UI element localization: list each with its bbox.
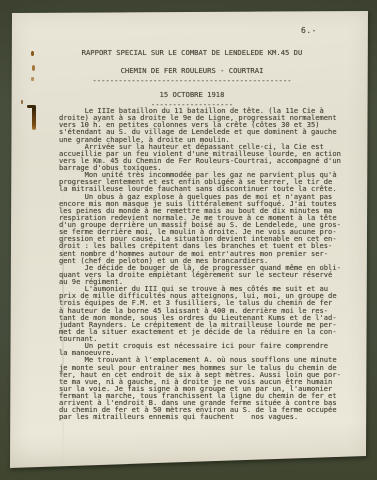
report-date: 15 OCTOBRE 1918 xyxy=(47,90,337,99)
title-underline: ----------------------------------------… xyxy=(47,76,337,85)
rust-stain xyxy=(31,77,34,81)
body-text: Le IIIe bataillon du 11 bataillon de têt… xyxy=(59,107,359,421)
rust-stain xyxy=(32,65,35,71)
report-header: RAPPORT SPECIAL SUR LE COMBAT DE LENDELE… xyxy=(47,48,337,109)
rust-stain xyxy=(21,100,23,104)
page-number: 6.- xyxy=(301,26,317,35)
report-title-line2: CHEMIN DE FER ROULEURS - COURTRAI xyxy=(47,66,337,75)
body-line: par les mitrailleurs ennemis qui fauchen… xyxy=(59,413,359,420)
scanned-report-page: { "colors": { "background": "#454b3a", "… xyxy=(0,0,377,480)
report-title-line1: RAPPORT SPECIAL SUR LE COMBAT DE LENDELE… xyxy=(47,48,337,57)
rust-streak xyxy=(32,106,36,130)
rust-streak-hook xyxy=(27,105,36,108)
rust-stain xyxy=(31,51,34,56)
body-line: met de la situer exactement et je décide… xyxy=(59,328,359,335)
document-paper: 6.- RAPPORT SPECIAL SUR LE COMBAT DE LEN… xyxy=(10,10,369,469)
red-edge-mark xyxy=(366,461,369,468)
paper-shadow-wrap: 6.- RAPPORT SPECIAL SUR LE COMBAT DE LEN… xyxy=(0,0,377,480)
